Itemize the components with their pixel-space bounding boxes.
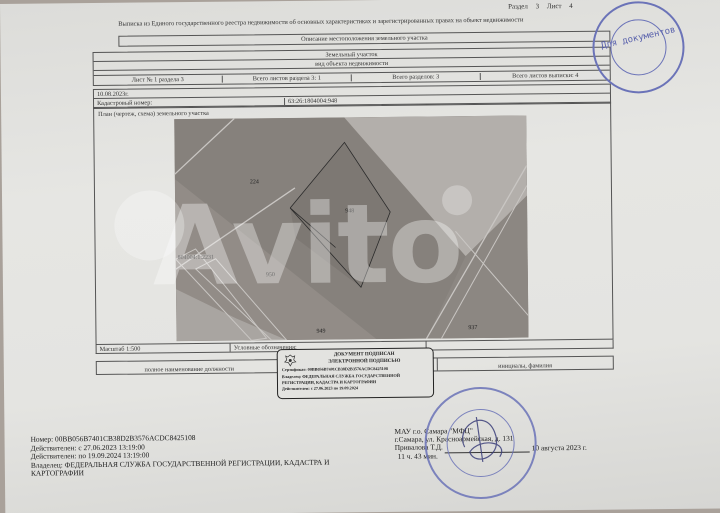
signature-certificate: Сертификат: 00BB056B7401CB38D2B3576ACDC8… xyxy=(282,366,429,373)
page-reference: Раздел 3 Лист 4 xyxy=(508,2,573,11)
sheet-number: Лист № 1 раздела 3 xyxy=(94,76,223,84)
section-sheets: Всего листов раздела 3: 1 xyxy=(223,74,352,82)
certificate-owner-cont: КАРТОГРАФИИ xyxy=(31,467,330,479)
cadastral-map: 224 948 950 949 937 804004:1:2231 xyxy=(174,115,528,341)
map-drawing: 224 948 950 949 937 804004:1:2231 xyxy=(174,115,528,341)
svg-text:950: 950 xyxy=(266,272,275,278)
document-title: Выписка из Единого государственного реес… xyxy=(118,17,523,28)
watermark-dot xyxy=(114,190,185,261)
signature-title-1: ДОКУМЕНТ ПОДПИСАН xyxy=(300,352,429,358)
electronic-signature-box: ДОКУМЕНТ ПОДПИСАН ЭЛЕКТРОННОЙ ПОДПИСЬЮ С… xyxy=(277,347,435,399)
svg-text:224: 224 xyxy=(250,179,259,185)
svg-text:937: 937 xyxy=(468,325,477,331)
mfc-stamp-bottom xyxy=(424,386,537,499)
subtitle: Описание местоположения земельного участ… xyxy=(119,33,609,45)
svg-text:804004:1:2231: 804004:1:2231 xyxy=(178,255,214,261)
watermark-dot xyxy=(442,185,472,215)
extract-sheets: Всего листов выписки: 4 xyxy=(481,72,610,80)
document-page: Раздел 3 Лист 4 Выписка из Единого госуд… xyxy=(0,0,720,513)
subtitle-table: Описание местоположения земельного участ… xyxy=(118,31,610,47)
object-table: Земельный участок вид объекта недвижимос… xyxy=(93,47,611,86)
name-label: инициалы, фамилия xyxy=(437,357,613,371)
record-date: 10.08.2023г. xyxy=(94,90,132,97)
handwritten-signature xyxy=(424,386,537,499)
mfc-stamp-top: Для документов xyxy=(592,1,685,94)
certificate-block: Номер: 00BB056B7401CB38D2B3576ACDC842510… xyxy=(31,433,330,479)
scale-label: Масштаб 1:500 xyxy=(97,344,231,353)
mfc-date: 10 августа 2023 г. xyxy=(532,443,587,453)
plan-label: План (чертеж, схема) земельного участка xyxy=(98,110,209,118)
svg-text:948: 948 xyxy=(345,208,354,214)
signature-validity: Действителен: с 27.06.2023 по 19.09.2024 xyxy=(282,385,429,392)
signature-title-2: ЭЛЕКТРОННОЙ ПОДПИСЬЮ xyxy=(300,359,429,365)
position-label: полное наименование должности xyxy=(97,360,283,374)
sections-total: Всего разделов: 3 xyxy=(352,73,481,81)
coat-of-arms-icon xyxy=(284,354,297,367)
svg-text:949: 949 xyxy=(316,329,325,335)
